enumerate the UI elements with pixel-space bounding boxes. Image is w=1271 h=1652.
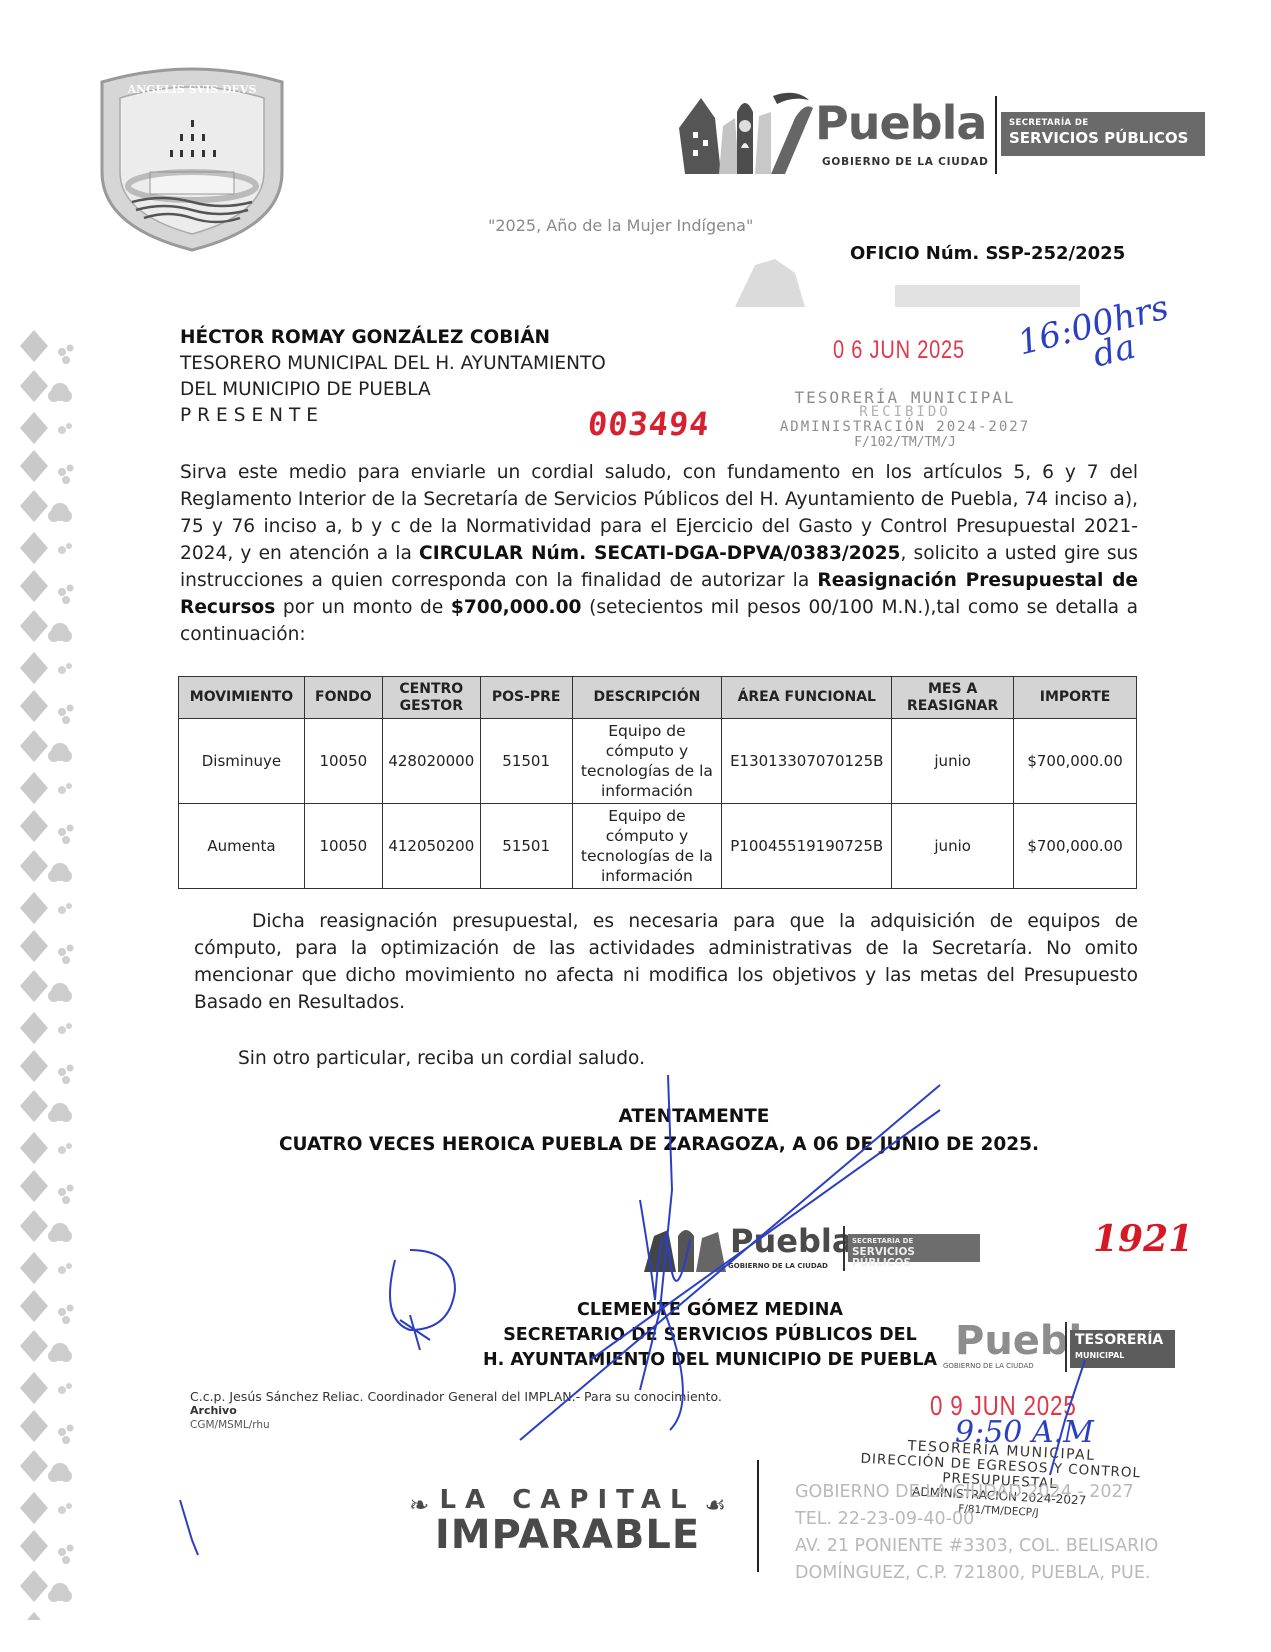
city-skyline-icon: [640, 1222, 730, 1274]
budget-reassignment-table: MOVIMIENTO FONDO CENTRO GESTOR POS-PRE D…: [178, 676, 1137, 889]
footer-info-line-2: TEL. 22-23-09-40-00: [795, 1506, 1158, 1533]
logo-subtitle: GOBIERNO DE LA CIUDAD: [822, 156, 989, 168]
col-header-centro-gestor: CENTRO GESTOR: [382, 677, 480, 719]
tesoreria-logo-stamp: Puebla GOBIERNO DE LA CIUDAD TESORERÍA M…: [935, 1318, 1175, 1374]
total-amount: $700,000.00: [451, 597, 582, 618]
cell-mes: junio: [892, 804, 1014, 889]
signature-logo-badge: SECRETARÍA DE SERVICIOS PÚBLICOS: [848, 1234, 980, 1262]
carbon-copy-block: C.c.p. Jesús Sánchez Reliac. Coordinador…: [190, 1390, 722, 1432]
stamp-line-1: TESORERÍA MUNICIPAL: [765, 390, 1045, 405]
p2-text: Dicha reasignación presupuestal, es nece…: [194, 911, 1138, 1013]
addressee-block: HÉCTOR ROMAY GONZÁLEZ COBIÁN TESORERO MU…: [180, 325, 606, 429]
footer-info-line-3: AV. 21 PONIENTE #3303, COL. BELISARIO: [795, 1533, 1158, 1560]
badge-line-2: SERVICIOS PÚBLICOS: [1009, 129, 1197, 147]
p1-text-c: por un monto de: [275, 597, 451, 618]
stamp-line-2: RECIBIDO: [765, 405, 1045, 420]
stamp-line-3: ADMINISTRACIÓN 2024-2027: [765, 420, 1045, 435]
col-header-area-funcional: ÁREA FUNCIONAL: [722, 677, 892, 719]
signature-logo-word: Puebla: [730, 1222, 853, 1260]
received-folio-stamp: 003494: [586, 405, 712, 443]
table-row: Disminuye 10050 428020000 51501 Equipo d…: [179, 719, 1137, 804]
cell-movimiento: Disminuye: [179, 719, 305, 804]
cell-pos-pre: 51501: [480, 719, 572, 804]
cell-fondo: 10050: [304, 719, 382, 804]
cell-importe: $700,000.00: [1014, 719, 1137, 804]
right-wing-icon: ☙: [704, 1491, 726, 1519]
received-date-stamp: 0 6 JUN 2025: [833, 336, 965, 365]
cell-area-funcional: E13013307070125B: [722, 719, 892, 804]
greeting: PRESENTE: [180, 403, 606, 429]
oficio-number: OFICIO Núm. SSP-252/2025: [850, 243, 1125, 264]
signer-block: CLEMENTE GÓMEZ MEDINA SECRETARIO DE SERV…: [420, 1298, 1000, 1373]
secondary-folio-stamp: 1921: [1093, 1218, 1193, 1260]
cell-area-funcional: P10045519190725B: [722, 804, 892, 889]
stamp-line-4: F/102/TM/TM/J: [765, 435, 1045, 450]
badge-line-2: SERVICIOS PÚBLICOS: [852, 1246, 915, 1269]
cell-centro-gestor: 428020000: [382, 719, 480, 804]
department-badge: SECRETARÍA DE SERVICIOS PÚBLICOS: [1001, 112, 1205, 156]
body-paragraph-3: Sin otro particular, reciba un cordial s…: [238, 1045, 938, 1072]
cell-fondo: 10050: [304, 804, 382, 889]
circular-reference: CIRCULAR Núm. SECATI-DGA-DPVA/0383/2025: [419, 543, 900, 564]
table-row: Aumenta 10050 412050200 51501 Equipo de …: [179, 804, 1137, 889]
cell-pos-pre: 51501: [480, 804, 572, 889]
closing-place-date: CUATRO VECES HEROICA PUEBLA DE ZARAGOZA,…: [279, 1134, 1039, 1155]
ccp-line: C.c.p. Jesús Sánchez Reliac. Coordinador…: [190, 1389, 722, 1404]
footer-contact-info: GOBIERNO DE LA CIUDAD 2024 - 2027 TEL. 2…: [795, 1506, 1158, 1587]
tesoreria-logo-badge: TESORERÍA MUNICIPAL: [1070, 1330, 1175, 1368]
signer-name: CLEMENTE GÓMEZ MEDINA: [420, 1298, 1000, 1323]
cell-descripcion: Equipo de cómputo y tecnologías de la in…: [572, 719, 722, 804]
left-wing-icon: ❧: [409, 1491, 429, 1519]
col-header-mes: MES A REASIGNAR: [892, 677, 1014, 719]
col-header-importe: IMPORTE: [1014, 677, 1137, 719]
reference-initials: CGM/MSML/rhu: [190, 1418, 722, 1432]
col-header-pos-pre: POS-PRE: [480, 677, 572, 719]
footer-divider: [757, 1460, 759, 1572]
archivo-label: Archivo: [190, 1404, 722, 1418]
signer-title-2: H. AYUNTAMIENTO DEL MUNICIPIO DE PUEBLA: [420, 1348, 1000, 1373]
puebla-government-logo: Puebla GOBIERNO DE LA CIUDAD SECRETARÍA …: [675, 88, 1205, 180]
logo-divider: [995, 96, 997, 174]
la-capital-imparable-logo: ❧ LA CAPITAL IMPARABLE ☙: [415, 1485, 720, 1555]
cell-movimiento: Aumenta: [179, 804, 305, 889]
cell-importe: $700,000.00: [1014, 804, 1137, 889]
capital-line-2: IMPARABLE: [415, 1515, 720, 1555]
closing-atentamente: ATENTAMENTE: [180, 1103, 1138, 1131]
body-paragraph-1: Sirva este medio para enviarle un cordia…: [180, 459, 1138, 648]
capital-line-1: LA CAPITAL: [415, 1485, 720, 1515]
closing-block: ATENTAMENTE CUATRO VECES HEROICA PUEBLA …: [180, 1103, 1138, 1159]
col-header-movimiento: MOVIMIENTO: [179, 677, 305, 719]
cell-centro-gestor: 412050200: [382, 804, 480, 889]
table-header-row: MOVIMIENTO FONDO CENTRO GESTOR POS-PRE D…: [179, 677, 1137, 719]
cell-mes: junio: [892, 719, 1014, 804]
footer-info-line-1: GOBIERNO DE LA CIUDAD 2024 - 2027: [795, 1479, 1158, 1506]
tesoreria-received-stamp: TESORERÍA MUNICIPAL RECIBIDO ADMINISTRAC…: [765, 390, 1045, 450]
addressee-title-2: DEL MUNICIPIO DE PUEBLA: [180, 377, 606, 403]
signature-department-logo: Puebla GOBIERNO DE LA CIUDAD SECRETARÍA …: [640, 1222, 985, 1274]
col-header-fondo: FONDO: [304, 677, 382, 719]
logo-wordmark: Puebla: [815, 96, 986, 150]
signature-logo-divider: [843, 1226, 845, 1271]
addressee-title-1: TESORERO MUNICIPAL DEL H. AYUNTAMIENTO: [180, 351, 606, 377]
city-skyline-icon: [675, 88, 815, 176]
signature-logo-sub: GOBIERNO DE LA CIUDAD: [728, 1262, 828, 1270]
svg-text:ANGELIS SVIS DEVS: ANGELIS SVIS DEVS: [127, 83, 257, 96]
footer-info-line-4: DOMÍNGUEZ, C.P. 721800, PUEBLA, PUE.: [795, 1560, 1158, 1587]
col-header-descripcion: DESCRIPCIÓN: [572, 677, 722, 719]
signer-title-1: SECRETARIO DE SERVICIOS PÚBLICOS DEL: [420, 1323, 1000, 1348]
decorative-side-border: [18, 330, 78, 1620]
city-seal-logo: ANGELIS SVIS DEVS: [92, 62, 292, 252]
badge-line-1: SECRETARÍA DE: [1009, 118, 1197, 128]
tesoreria-logo-sub: GOBIERNO DE LA CIUDAD: [943, 1362, 1034, 1370]
tesoreria-badge-title: TESORERÍA: [1075, 1332, 1163, 1348]
tesoreria-badge-sub: MUNICIPAL: [1075, 1348, 1170, 1363]
tesoreria-logo-divider: [1065, 1322, 1067, 1372]
addressee-name: HÉCTOR ROMAY GONZÁLEZ COBIÁN: [180, 325, 606, 351]
year-motto: "2025, Año de la Mujer Indígena": [488, 216, 753, 235]
body-paragraph-2: Dicha reasignación presupuestal, es nece…: [194, 908, 1138, 1016]
cell-descripcion: Equipo de cómputo y tecnologías de la in…: [572, 804, 722, 889]
